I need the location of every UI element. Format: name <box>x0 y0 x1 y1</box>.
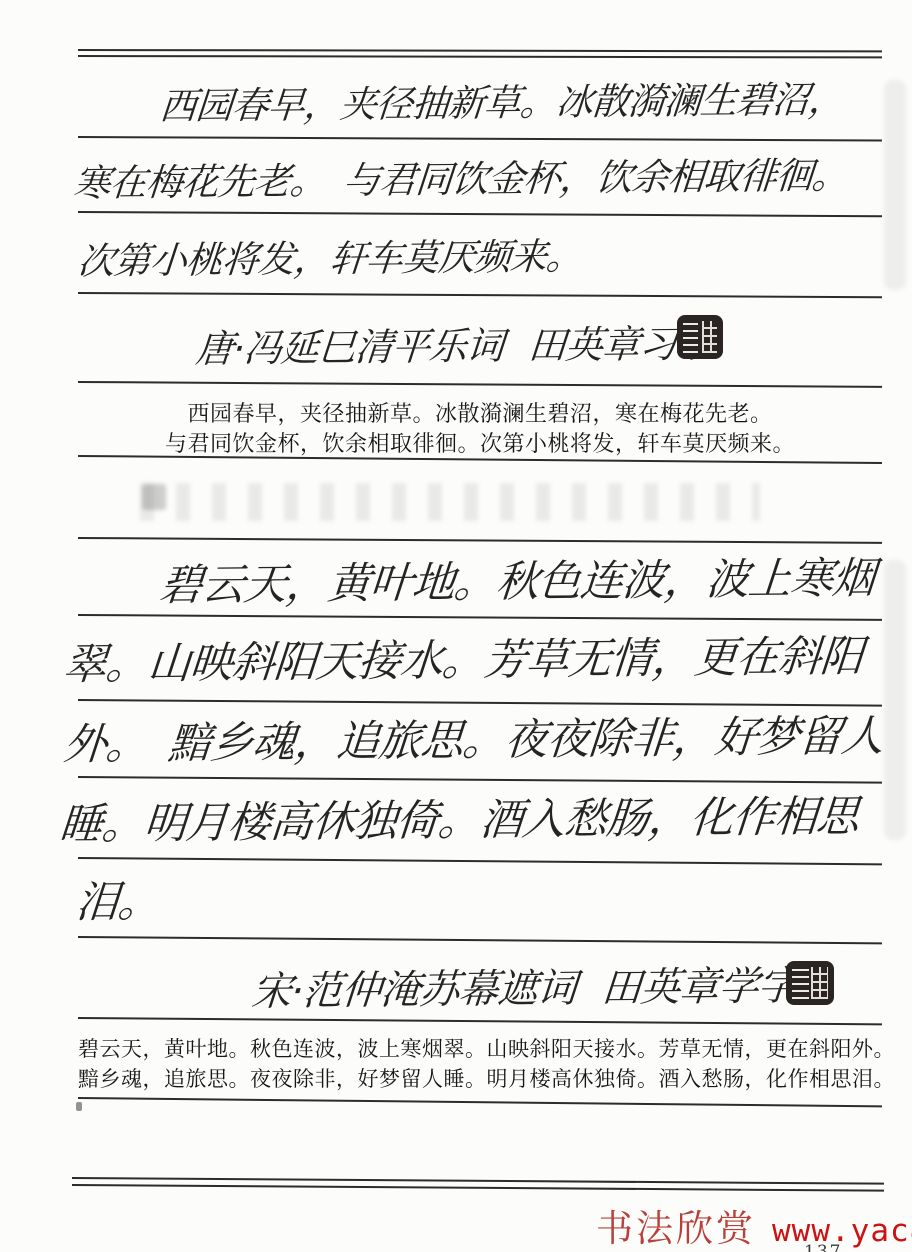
top-double-rule-b <box>78 55 882 58</box>
calligrapher-signature: 田英章学字 <box>600 963 799 1011</box>
section-divider-rule <box>78 1097 882 1107</box>
attribution-line: 宋·范仲淹苏幕遮词 田英章学字 <box>250 954 799 1017</box>
top-double-rule-a <box>78 49 882 52</box>
ink-bleed-ghost <box>884 560 906 840</box>
guide-rule <box>78 857 882 865</box>
attribution-line: 唐·冯延巳清平乐词 田英章习字 <box>194 313 716 373</box>
calligraphy-line: 外。 黯乡魂，追旅思。夜夜除非，好梦留人 <box>62 702 886 772</box>
calligraphy-line: 寒在梅花先老。 与君同饮金杯，饮余相取徘徊。 <box>72 145 850 207</box>
calligraphy-line: 睡。明月楼高休独倚。酒入愁肠，化作相思 <box>58 783 861 852</box>
guide-rule <box>78 136 882 142</box>
bottom-double-rule-a <box>72 1177 884 1185</box>
stray-mark <box>76 1102 82 1111</box>
copybook-scan-page: 西园春早，夹径抽新草。冰散漪澜生碧沼， 寒在梅花先老。 与君同饮金杯，饮余相取徘… <box>0 0 912 1252</box>
artist-seal-icon <box>678 316 722 358</box>
artist-seal-icon <box>787 962 833 1004</box>
guide-rule <box>78 211 882 217</box>
guide-rule <box>78 292 882 298</box>
page-number: 137 <box>804 1242 864 1252</box>
guide-rule <box>78 776 882 784</box>
ink-bleed-ghost <box>140 483 760 521</box>
calligraphy-line: 泪。 <box>74 868 163 930</box>
guide-rule <box>78 537 882 544</box>
guide-rule <box>78 381 882 388</box>
bottom-double-rule-b <box>72 1184 884 1192</box>
guide-rule <box>78 1017 882 1025</box>
printed-transcription-line: 与君同饮金杯，饮余相取徘徊。次第小桃将发，轩车莫厌频来。 <box>78 427 882 458</box>
ink-bleed-ghost <box>884 80 906 290</box>
poem-source-label: 宋·范仲淹苏幕遮词 <box>250 966 578 1015</box>
ink-bleed-ghost-seal <box>142 484 166 510</box>
printed-transcription-line: 西园春早，夹径抽新草。冰散漪澜生碧沼，寒在梅花先老。 <box>78 397 882 428</box>
printed-transcription-line: 碧云天，黄叶地。秋色连波，波上寒烟翠。山映斜阳天接水。芳草无情，更在斜阳外。 <box>78 1033 882 1063</box>
site-watermark: 书法欣赏www.yac8.com <box>596 1198 912 1252</box>
calligraphy-line: 次第小桃将发，轩车莫厌频来。 <box>76 226 585 285</box>
poem-source-label: 唐·冯延巳清平乐词 <box>194 324 505 371</box>
calligraphy-line: 碧云天，黄叶地。秋色连波，波上寒烟 <box>158 545 877 613</box>
watermark-site-name: 书法欣赏 <box>596 1207 756 1250</box>
printed-transcription-line: 黯乡魂，追旅思。夜夜除非，好梦留人睡。明月楼高休独倚。酒入愁肠，化作相思泪。 <box>78 1063 882 1093</box>
calligraphy-line: 西园春早，夹径抽新草。冰散漪澜生碧沼， <box>158 69 847 130</box>
calligraphy-line: 翠。山映斜阳天接水。芳草无情，更在斜阳 <box>62 623 865 692</box>
guide-rule <box>78 614 882 621</box>
guide-rule <box>78 936 882 944</box>
